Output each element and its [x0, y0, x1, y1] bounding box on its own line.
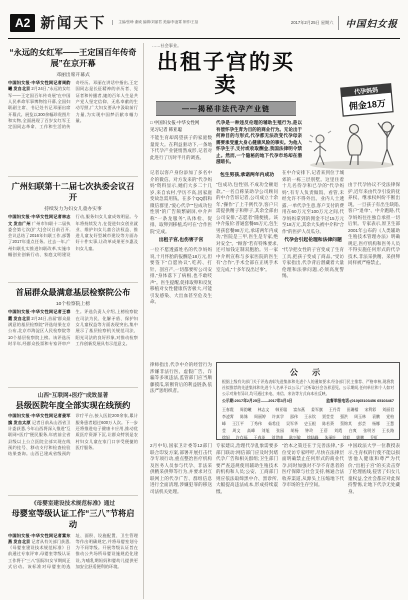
feature-column-e2: 专家建议,治理代孕乱象需要多部门联动:网信部门应及时封堵代孕广告和相关群组;卫生… [216, 443, 278, 599]
staff-credits: 主编/张峥 谢威 编辑/刘丽君 美编/李凌霄 制作/王蓓 [112, 20, 198, 26]
feature-section: ……社会事业。 出租子宫的买卖 ——揭秘非法代孕产业链 代孕妈妈 佣金18万 [144, 43, 400, 599]
article-subtitle: 持续发力为妇女儿童办实事 [8, 205, 138, 212]
agent-figure [378, 122, 394, 165]
surrogacy-cartoon-illustration: 代孕妈妈 佣金18万 [304, 83, 400, 171]
feature-column-2: 包生男孩,承诺两年内成功 “包成功,包性别,不成功全额退款。”一名自称某助孕公司… [216, 170, 278, 360]
article-kicker: 《母婴室建设技术规范标准》通过 [8, 499, 138, 507]
feature-lede: 代孕是一种违反伦理的辅助生殖行为,是以有偿怀孕生育为目的的商业行为。无论出于何种… [216, 120, 302, 168]
feature-byline-2: 见习记者 韩亚聪 [150, 127, 182, 132]
feature-column-3: 在中介安排下,记者来到位于城郊的一栋三层别墅。这里住着十几名待孕和已孕的“代孕妈… [282, 170, 344, 360]
article-title: 广州妇联第十二届七次执委会议召开 [8, 181, 138, 203]
article-body: 中国妇女报·中华女性网记者周韵曦 发自北京 2月24日,“永远的女红军——王定国… [8, 80, 138, 172]
feature-text: “代孕把女性的子宫变成了生育工具,把孩子变成了商品。”受访专家指出,代孕背后潜藏… [282, 247, 344, 278]
cartoon-svg: 代孕妈妈 佣金18万 [304, 83, 400, 171]
notice-phone: 监督举报电话:(010)65103456 65103467 [326, 399, 394, 404]
notice-name-list: 王春霞 周韵曦 林志文 韩亚聪 富东燕 姜军旗 王丹青 田珊檑 宋利彩 刘丽君 … [222, 406, 394, 440]
article-title: 母婴室等级认证工作“三八”节将启动 [8, 508, 138, 530]
feature-text: 一位不愿透露姓名的代孕妈妈说,十月怀胎的报酬是18万元,但要签下“自愿协议”,吃… [150, 247, 212, 304]
article-procuratorate: 首届群众最满意基层检察院公布 10个检察院上榜 中国妇女报·中华女性网记者王春霞… [8, 283, 138, 388]
article-body: 中国妇女报·中华女性网记者林志文 发自广州 广州市妇联十二届执委会第七次(扩大)… [8, 214, 138, 278]
article-guangzhou-fulian: 广州妇联第十二届七次执委会议召开 持续发力为妇女儿童办实事 中国妇女报·中华女性… [8, 177, 138, 283]
feature-text: 记者以客户身份添加了多名中介的微信。对方发来的“代孕妈妈”资料显示,她们大多二十… [150, 170, 212, 234]
left-news-column: “永远的女红军——王定国百年传奇展”在京开幕 邓丽出席开幕式 中国妇女报·中华女… [8, 43, 144, 599]
notice-title: 公 示 [222, 367, 394, 378]
article-title: 首届群众最满意基层检察院公布 [8, 287, 138, 298]
feature-column-1-cont: 律师指出,代孕中介的经营行为涉嫌非法行医、虚假广告、诈骗等多项违法,监管部门应当… [150, 362, 212, 440]
feature-intro-row: □ 中国妇女报·中华女性网 见习记者 韩亚聪 不能生育却渴望孩子的家庭数量庞大。… [150, 120, 302, 168]
notice-period: 公示期:2017年2月25日——2017年3月3日 [222, 399, 292, 404]
article-nursery-room: 《母婴室建设技术规范标准》通过 母婴室等级认证工作“三八”节将启动 中国妇女报·… [8, 496, 138, 592]
feature-column-4: 由于代孕协议不受法律保护,近年来由代孕引发的抚养权、继承权纠纷不断出现。一旦孩子… [348, 170, 400, 360]
feature-column-e3: “治本之策还在于完善法律。”多位受访专家呼吁,尽快在法律层面明确禁止任何形式的商… [282, 443, 344, 599]
feature-byline-1: □ 中国妇女报·中华女性网 [150, 120, 199, 125]
header-right: 2017年2月25日 星期六 中国妇女报 [291, 16, 398, 30]
feature-subtitle-bar: ——揭秘非法代孕产业链 [156, 101, 296, 116]
article-body: 中国妇女报·中华女性网记者姜军旗 发自太原 记者日前从山西省卫计委获悉,今年山西… [8, 413, 138, 491]
edition-badge: A2 [10, 14, 35, 32]
article-subtitle: 10个检察院上榜 [8, 300, 138, 307]
feature-subhead-ethics-law: 代孕会引起伦理和法律问题 [282, 238, 344, 245]
feature-column-e1: 2月中旬,国家卫计委等12部门联合印发方案,部署开展打击代孕专项行动,重点整治医… [150, 443, 212, 599]
feature-body-row-2: 2月中旬,国家卫计委等12部门联合印发方案,部署开展打击代孕专项行动,重点整治医… [150, 443, 400, 599]
article-subtitle: 邓丽出席开幕式 [8, 71, 138, 78]
article-body: 中国妇女报·中华女性网记者王春霞 发自北京 2月24日,首届“群众最满意的基层检… [8, 309, 138, 383]
feature-notice-row: 律师指出,代孕中介的经营行为涉嫌非法行医、虚假广告、诈骗等多项违法,监管部门应当… [150, 362, 400, 440]
public-notice-box: 公 示 根据上级有关部门关于评选表彰先进集体和先进个人的通知要求,经各部门民主推… [216, 362, 400, 440]
page-header: A2 新闻天下 主编/张峥 谢威 编辑/刘丽君 美编/李凌霄 制作/王蓓 201… [8, 10, 400, 39]
notice-intro: 根据上级有关部门关于评选表彰先进集体和先进个人的通知要求,经各部门民主推荐、严格… [222, 380, 394, 397]
feature-byline-column: □ 中国妇女报·中华女性网 见习记者 韩亚聪 不能生育却渴望孩子的家庭数量庞大。… [150, 120, 212, 168]
continuation-line: ……社会事业。 [152, 43, 400, 49]
article-title: 县级医院年度全部实现在线预约 [8, 400, 138, 411]
article-shanxi-hospital: 山西“互联网+医疗”成效显著 县级医院年度全部实现在线预约 中国妇女报·中华女性… [8, 388, 138, 496]
feature-column-1: 记者以客户身份添加了多名中介的微信。对方发来的“代孕妈妈”资料显示,她们大多二十… [150, 170, 212, 360]
article-body: 中国妇女报·中华女性网记者富东燕 发自北京 记者从有关部门获悉,《母婴室建设技术… [8, 533, 138, 589]
commission-sign: 代孕妈妈 佣金18万 [341, 84, 393, 116]
pregnant-woman-figure [348, 125, 362, 166]
feature-text: “包成功,包性别,不成功全额退款。”一名自称某助孕公司顾问的中介告诉记者,公司成… [216, 182, 278, 272]
article-title: “永远的女红军——王定国百年传奇展”在京开幕 [8, 47, 138, 69]
feature-text: 在中介安排下,记者来到位于城郊的一栋三层别墅。这里住着十几名待孕和已孕的“代孕妈… [282, 170, 344, 234]
feature-text: 不能生育却渴望孩子的家庭数量庞大。在利益驱动下,一条地下代孕产业链悄然成形,记者… [150, 135, 212, 160]
article-kicker: 山西“互联网+医疗”成效显著 [8, 391, 138, 399]
section-title: 新闻天下 [40, 12, 106, 33]
newspaper-page: A2 新闻天下 主编/张峥 谢威 编辑/刘丽君 美编/李凌霄 制作/王蓓 201… [0, 0, 408, 600]
worried-figure [309, 131, 331, 165]
feature-headline: 出租子宫的买卖 [150, 51, 302, 97]
feature-subhead-rent-womb: 出租子宫,也伤害子宫 [150, 238, 212, 245]
masthead: 中国妇女报 [338, 16, 398, 30]
feature-body-row-1: 记者以客户身份添加了多名中介的微信。对方发来的“代孕妈妈”资料显示,她们大多二十… [150, 170, 400, 360]
feature-subhead-guarantee-boy: 包生男孩,承诺两年内成功 [216, 173, 278, 180]
publication-date: 2017年2月25日 星期六 [291, 20, 334, 26]
feature-column-e4: 中国政法大学一位教授表示,生育权的行使不能以损害他人健康和尊严为代价,“出租子宫… [348, 443, 400, 599]
article-women-red-army: “永远的女红军——王定国百年传奇展”在京开幕 邓丽出席开幕式 中国妇女报·中华女… [8, 43, 138, 177]
